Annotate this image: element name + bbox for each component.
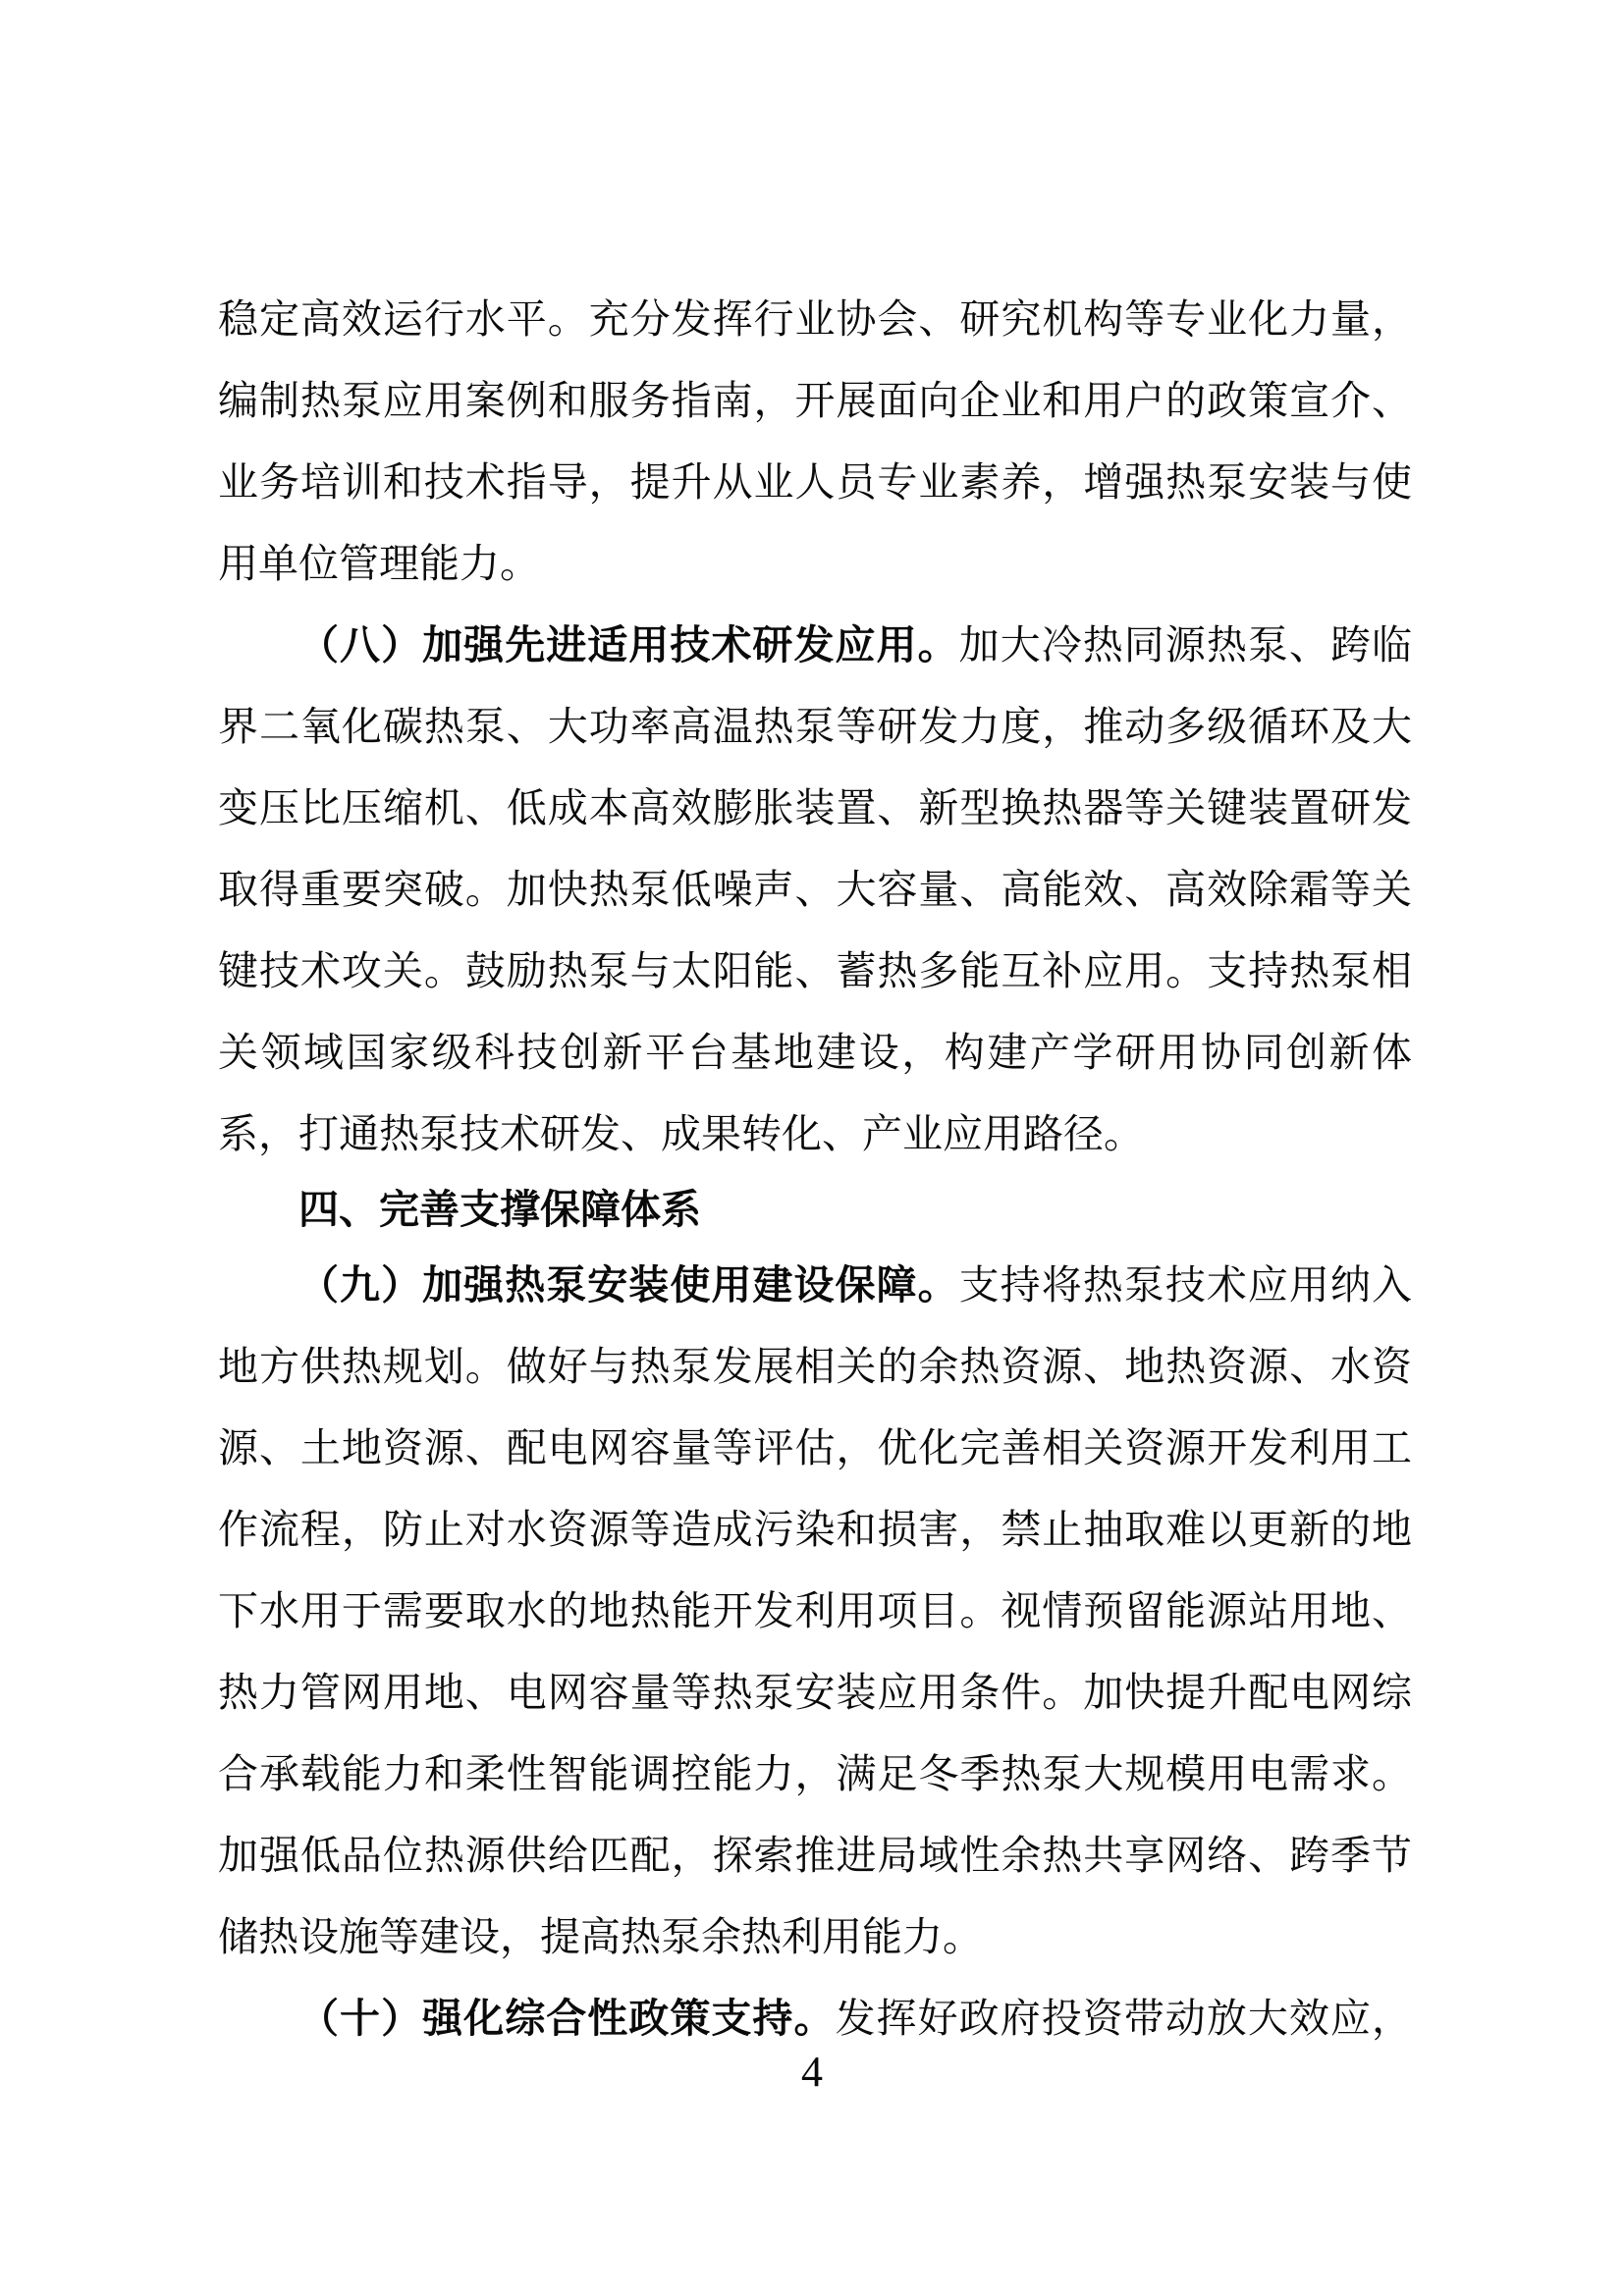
body-text: 发挥好政府投资带动放大效应，: [836, 1996, 1413, 2041]
section-heading: 四、完善支撑保障体系: [218, 1175, 1412, 1245]
body-text: 源、土地资源、配电网容量等评估，优化完善相关资源开发利用工: [218, 1425, 1412, 1470]
body-text: 变压比压缩机、低成本高效膨胀装置、新型换热器等关键装置研发: [218, 785, 1412, 830]
body-text: 用单位管理能力。: [218, 541, 540, 586]
text-line: 下水用于需要取水的地热能开发利用项目。视情预留能源站用地、: [218, 1571, 1412, 1652]
text-line: 加强低品位热源供给匹配，探索推进局域性余热共享网络、跨季节: [218, 1815, 1412, 1896]
bold-lead-in-text: 四、完善支撑保障体系: [298, 1187, 701, 1232]
text-line: 储热设施等建设，提高热泵余热利用能力。: [218, 1896, 1412, 1978]
body-text: 地方供热规划。做好与热泵发展相关的余热资源、地热资源、水资: [218, 1344, 1412, 1389]
bold-lead-in-text: （九）加强热泵安装使用建设保障。: [298, 1262, 959, 1308]
text-line: 变压比压缩机、低成本高效膨胀装置、新型换热器等关键装置研发: [218, 768, 1412, 849]
body-text: 业务培训和技术指导，提升从业人员专业素养，增强热泵安装与使: [218, 459, 1412, 505]
text-line: 取得重要突破。加快热泵低噪声、大容量、高能效、高效除霜等关: [218, 849, 1412, 931]
text-line: 界二氧化碳热泵、大功率高温热泵等研发力度，推动多级循环及大: [218, 686, 1412, 768]
body-text: 加强低品位热源供给匹配，探索推进局域性余热共享网络、跨季节: [218, 1833, 1412, 1878]
text-line: 用单位管理能力。: [218, 523, 1412, 605]
text-line: 源、土地资源、配电网容量等评估，优化完善相关资源开发利用工: [218, 1408, 1412, 1489]
body-text: 合承载能力和柔性智能调控能力，满足冬季热泵大规模用电需求。: [218, 1751, 1412, 1796]
text-line: 热力管网用地、电网容量等热泵安装应用条件。加快提升配电网综: [218, 1652, 1412, 1734]
body-text: 加大冷热同源热泵、跨临: [959, 622, 1412, 667]
text-line: 关领域国家级科技创新平台基地建设，构建产学研用协同创新体: [218, 1012, 1412, 1094]
text-line: 作流程，防止对水资源等造成污染和损害，禁止抽取难以更新的地: [218, 1489, 1412, 1571]
body-text: 下水用于需要取水的地热能开发利用项目。视情预留能源站用地、: [218, 1588, 1412, 1633]
text-line: 编制热泵应用案例和服务指南，开展面向企业和用户的政策宣介、: [218, 360, 1412, 442]
body-text: 储热设施等建设，提高热泵余热利用能力。: [218, 1914, 983, 1959]
text-line: 稳定高效运行水平。充分发挥行业协会、研究机构等专业化力量，: [218, 279, 1412, 360]
bold-lead-in-text: （十）强化综合性政策支持。: [298, 1996, 836, 2041]
body-text: 热力管网用地、电网容量等热泵安装应用条件。加快提升配电网综: [218, 1670, 1412, 1715]
body-text: 稳定高效运行水平。充分发挥行业协会、研究机构等专业化力量，: [218, 296, 1412, 342]
body-text: 键技术攻关。鼓励热泵与太阳能、蓄热多能互补应用。支持热泵相: [218, 948, 1412, 993]
body-text: 界二氧化碳热泵、大功率高温热泵等研发力度，推动多级循环及大: [218, 704, 1412, 749]
document-page: 稳定高效运行水平。充分发挥行业协会、研究机构等专业化力量，编制热泵应用案例和服务…: [0, 0, 1624, 2296]
body-text: 关领域国家级科技创新平台基地建设，构建产学研用协同创新体: [218, 1030, 1412, 1075]
text-line: 地方供热规划。做好与热泵发展相关的余热资源、地热资源、水资: [218, 1326, 1412, 1408]
body-text: 作流程，防止对水资源等造成污染和损害，禁止抽取难以更新的地: [218, 1507, 1412, 1552]
text-line: 键技术攻关。鼓励热泵与太阳能、蓄热多能互补应用。支持热泵相: [218, 931, 1412, 1012]
body-text: 取得重要突破。加快热泵低噪声、大容量、高能效、高效除霜等关: [218, 867, 1412, 912]
text-line: （八）加强先进适用技术研发应用。加大冷热同源热泵、跨临: [218, 605, 1412, 686]
text-line: 业务培训和技术指导，提升从业人员专业素养，增强热泵安装与使: [218, 442, 1412, 523]
body-text: 编制热泵应用案例和服务指南，开展面向企业和用户的政策宣介、: [218, 378, 1412, 423]
text-line: 合承载能力和柔性智能调控能力，满足冬季热泵大规模用电需求。: [218, 1734, 1412, 1815]
body-text: 系，打通热泵技术研发、成果转化、产业应用路径。: [218, 1111, 1144, 1156]
text-block: 稳定高效运行水平。充分发挥行业协会、研究机构等专业化力量，编制热泵应用案例和服务…: [218, 279, 1412, 2059]
body-text: 支持将热泵技术应用纳入: [959, 1262, 1412, 1308]
page-number: 4: [0, 2048, 1624, 2097]
text-line: （九）加强热泵安装使用建设保障。支持将热泵技术应用纳入: [218, 1245, 1412, 1326]
bold-lead-in-text: （八）加强先进适用技术研发应用。: [298, 622, 959, 667]
text-line: 系，打通热泵技术研发、成果转化、产业应用路径。: [218, 1094, 1412, 1175]
